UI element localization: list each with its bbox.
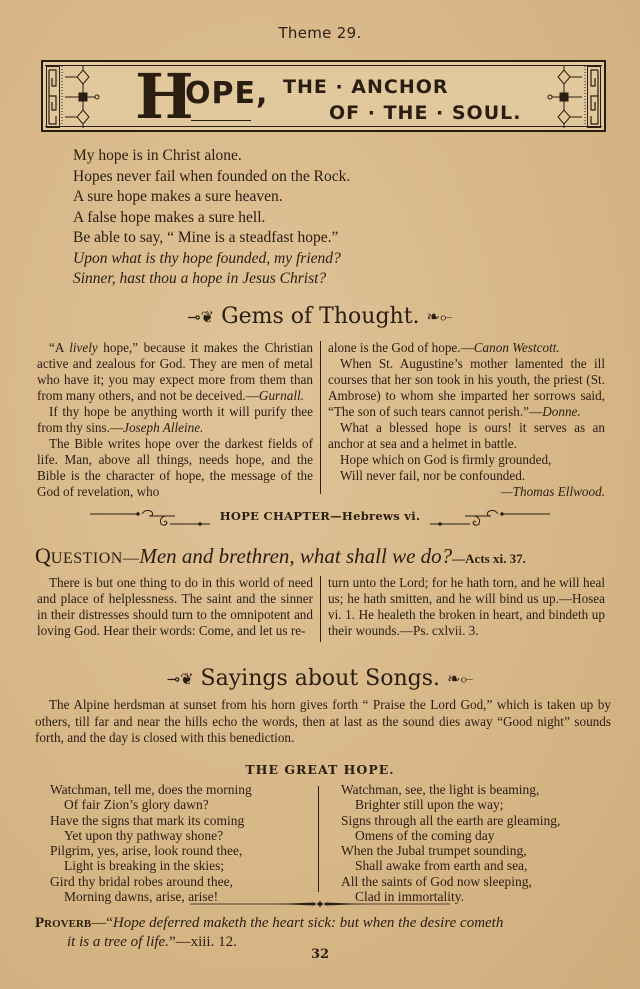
hymn-verse-left: Watchman, tell me, does the morning Of f… [50, 782, 310, 904]
question-text: Men and brethren, what shall we do? [139, 544, 452, 568]
gem-text: “A [49, 340, 69, 355]
gem-text: The Bible writes hope over the darkest f… [37, 436, 313, 499]
gem-paragraph: What a blessed hope is ours! it serves a… [328, 420, 605, 452]
diamond-divider-icon [190, 901, 450, 907]
hymn-title: THE GREAT HOPE. [0, 762, 640, 777]
gem-poem-attribution: —Thomas Ellwood. [328, 484, 605, 500]
cross-diamond-ornament-icon [546, 66, 586, 128]
intro-line: A false hope makes a sure hell. [73, 208, 473, 229]
right-flourish-icon: ❧⟜ [447, 669, 473, 688]
proverb-label: Proverb [35, 915, 91, 931]
sayings-heading-text: Sayings about Songs. [201, 666, 441, 691]
question-paragraph: There is but one thing to do in this wor… [37, 575, 313, 639]
page-number: 32 [0, 947, 640, 962]
gem-poem-line: Will never fail, nor be confounded. [328, 468, 605, 484]
sayings-paragraph: The Alpine herdsman at sunset from his h… [35, 697, 611, 747]
theme-label: Theme 29. [0, 24, 640, 42]
gem-paragraph: The Bible writes hope over the darkest f… [37, 436, 313, 500]
chapter-label: HOPE CHAPTER—Hebrews vi. [90, 509, 550, 523]
hymn-line: When the Jubal trumpet sounding, [341, 843, 621, 858]
gems-heading-text: Gems of Thought. [221, 304, 419, 329]
gem-paragraph: alone is the God of hope.—Canon Westcott… [328, 340, 605, 356]
gems-left-column: “A lively hope,” because it makes the Ch… [37, 340, 313, 500]
hymn-line: Signs through all the earth are gleaming… [341, 813, 621, 828]
left-flourish-icon: ⊸❦ [187, 308, 214, 327]
greek-key-ornament-icon [587, 66, 601, 128]
question-right-column: turn unto the Lord; for he hath torn, an… [328, 575, 605, 639]
question-paragraph: turn unto the Lord; for he hath torn, an… [328, 575, 605, 639]
question-initial: Q [35, 543, 51, 568]
gem-paragraph: When St. Augustine’s mother lamented the… [328, 356, 605, 420]
cross-diamond-ornament-icon [61, 66, 101, 128]
gem-paragraph: If thy hope be anything worth it will pu… [37, 404, 313, 436]
proverb-text: Hope deferred maketh the heart sick: but… [113, 915, 503, 931]
hymn-line: Brighter still upon the way; [341, 797, 621, 812]
intro-line: A sure hope makes a sure heaven. [73, 187, 473, 208]
question-label: UESTION— [51, 550, 139, 567]
intro-line: Be able to say, “ Mine is a steadfast ho… [73, 228, 473, 249]
gem-attribution: Gurnall. [259, 388, 304, 403]
column-divider [318, 786, 319, 892]
gem-text: alone is the God of hope.— [328, 340, 474, 355]
hymn-line: Watchman, tell me, does the morning [50, 782, 310, 797]
intro-line: Hopes never fail when founded on the Roc… [73, 167, 473, 188]
gem-attribution: —Thomas Ellwood. [501, 484, 605, 499]
gems-right-column: alone is the God of hope.—Canon Westcott… [328, 340, 605, 500]
title-rest: OPE, [185, 76, 268, 111]
chapter-banner: HOPE CHAPTER—Hebrews vi. [90, 506, 550, 528]
gem-attribution: Canon Westcott. [474, 340, 560, 355]
hymn-line: Of fair Zion’s glory dawn? [50, 797, 310, 812]
intro-italic-line: Upon what is thy hope founded, my friend… [73, 249, 473, 270]
intro-lines: My hope is in Christ alone. Hopes never … [73, 146, 473, 290]
hymn-line: Yet upon thy pathway shone? [50, 828, 310, 843]
subtitle-line-2: OF · THE · SOUL. [329, 102, 521, 124]
hymn-line: Have the signs that mark its coming [50, 813, 310, 828]
hymn-line: Omens of the coming day [341, 828, 621, 843]
intro-italic-line: Sinner, hast thou a hope in Jesus Christ… [73, 269, 473, 290]
title-underline [191, 120, 251, 127]
sayings-heading: ⊸❦ Sayings about Songs. ❧⟜ [0, 666, 640, 691]
gem-poem-line: Hope which on God is firmly grounded, [328, 452, 605, 468]
hymn-line: Pilgrim, yes, arise, look round thee, [50, 843, 310, 858]
greek-key-ornament-icon [46, 66, 60, 128]
subtitle-line-1: THE · ANCHOR [283, 76, 449, 98]
question-heading: QUESTION—Men and brethren, what shall we… [35, 543, 635, 569]
question-reference: —Acts xi. 37. [452, 551, 526, 566]
right-flourish-icon: ❧⟜ [427, 307, 453, 326]
sayings-text: The Alpine herdsman at sunset from his h… [35, 697, 611, 747]
hymn-line: Gird thy bridal robes around thee, [50, 874, 310, 889]
hymn-line: Shall awake from earth and sea, [341, 858, 621, 873]
hymn-line: Watchman, see, the light is beaming, [341, 782, 621, 797]
left-flourish-icon: ⊸❦ [167, 670, 194, 689]
gem-paragraph: “A lively hope,” because it makes the Ch… [37, 340, 313, 404]
gem-attribution: Joseph Alleine. [123, 420, 203, 435]
intro-line: My hope is in Christ alone. [73, 146, 473, 167]
hymn-line: Light is breaking in the skies; [50, 858, 310, 873]
proverb-line-1: Proverb—“Hope deferred maketh the heart … [35, 914, 615, 933]
question-left-column: There is but one thing to do in this wor… [37, 575, 313, 639]
gem-attribution: Donne. [542, 404, 580, 419]
hymn-line: All the saints of God now sleeping, [341, 874, 621, 889]
title-banner: H OPE, THE · ANCHOR OF · THE · SOUL. [41, 60, 606, 132]
column-divider [320, 576, 321, 642]
hymn-verse-right: Watchman, see, the light is beaming, Bri… [341, 782, 621, 904]
proverb-dash: —“ [91, 915, 113, 931]
gem-text: What a blessed hope is ours! it serves a… [328, 420, 605, 451]
gem-emphasis: lively [69, 340, 98, 355]
gems-heading: ⊸❦ Gems of Thought. ❧⟜ [0, 304, 640, 329]
column-divider [320, 341, 321, 494]
